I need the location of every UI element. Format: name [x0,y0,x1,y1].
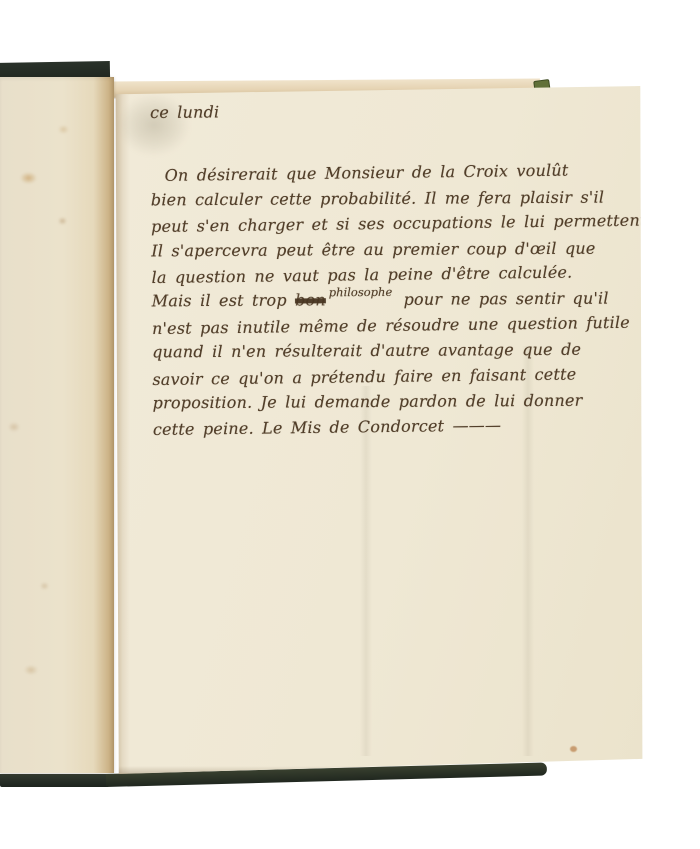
foxing-spot [570,746,577,752]
foxing-spot [20,172,37,184]
manuscript-line: quand il n'en résulterait d'autre avanta… [152,337,638,365]
blank-verso-page [0,77,114,773]
foxing-spot [58,217,67,225]
book-cover-bottom-edge-left [0,774,109,787]
photo-background: ce lundi On désirerait que Monsieur de l… [0,0,700,849]
letter-body: On désirerait que Monsieur de la Croix v… [151,158,639,442]
inserted-word: philosophe [329,285,393,299]
crease-line [360,386,372,756]
correction-before: Mais il est trop [152,291,295,311]
dateline: ce lundi [150,96,636,126]
handwritten-text: ce lundi On désirerait que Monsieur de l… [150,96,639,442]
foxing-spot [40,582,49,590]
foxing-spot [8,422,20,432]
correction-after: pour ne pas sentir qu'il [395,289,609,309]
signature-line: cette peine. Le Mis de Condorcet ——— [153,411,639,443]
struck-word: bon [295,291,326,310]
foxing-spot [58,125,69,134]
manuscript-page: ce lundi On désirerait que Monsieur de l… [114,86,644,774]
foxing-spot [24,665,38,675]
gutter-shadow [114,86,130,774]
